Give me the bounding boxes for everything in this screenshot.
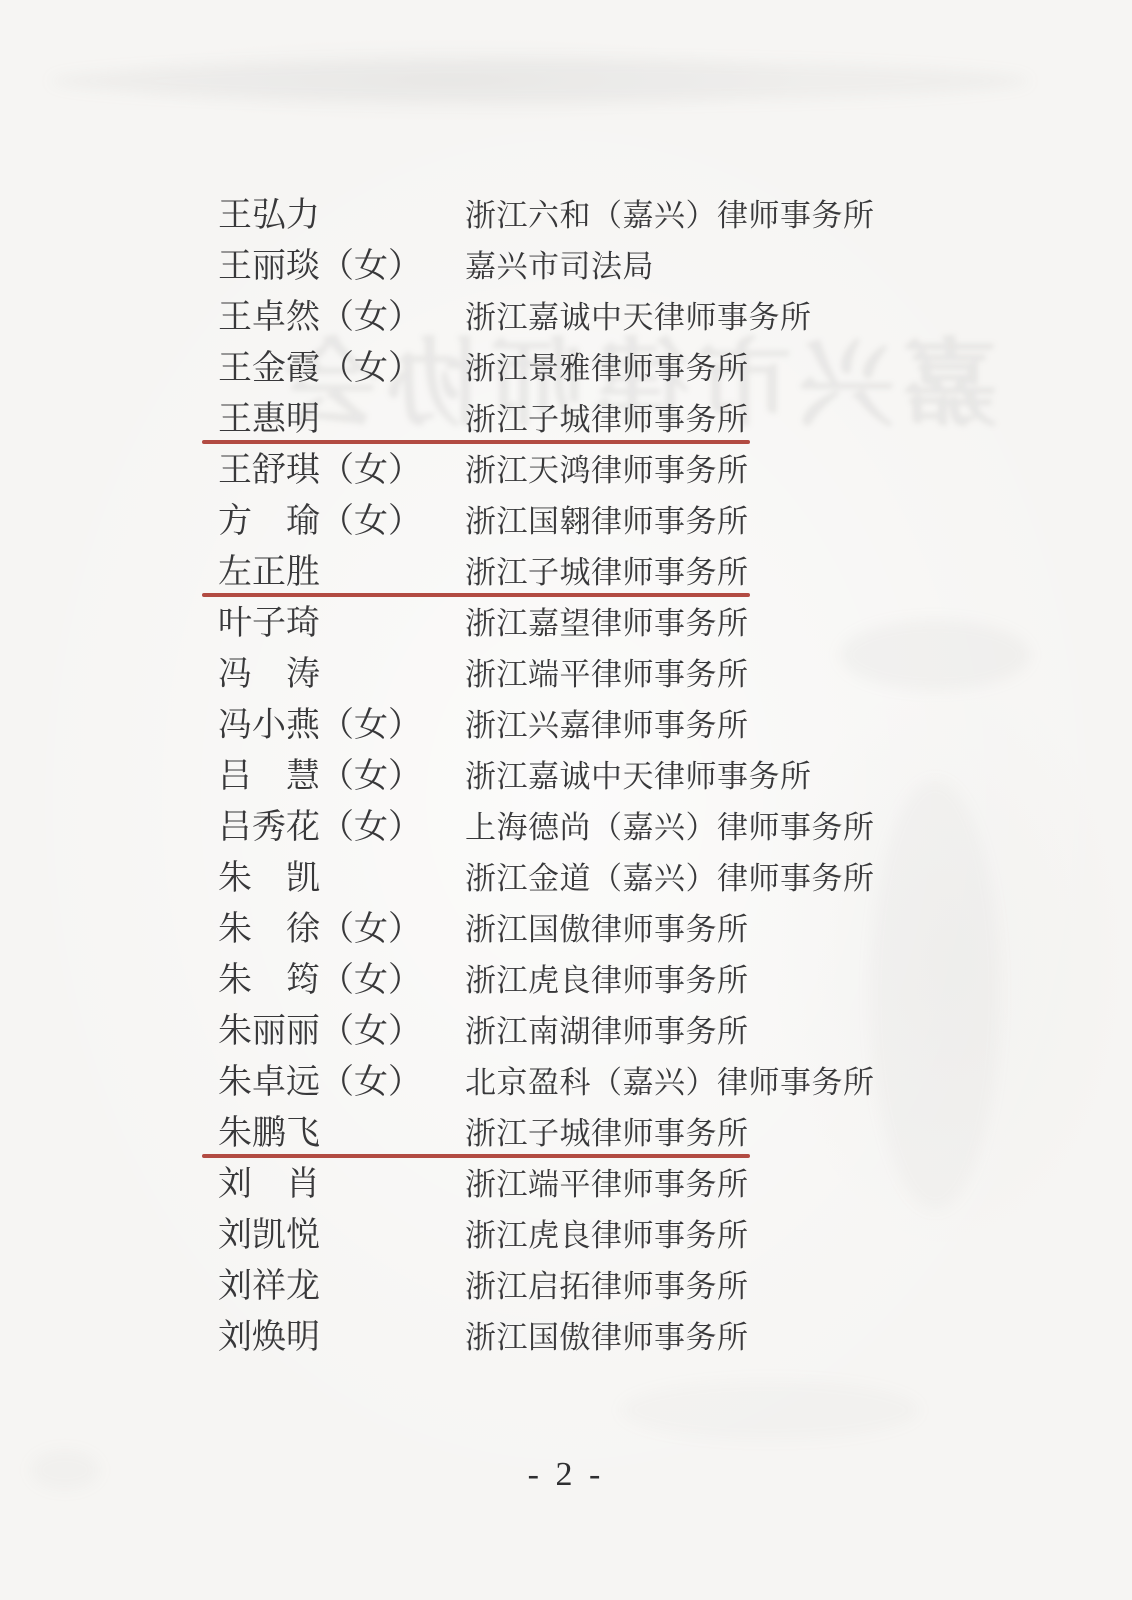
person-name: 朱卓远: [218, 1057, 320, 1108]
person-name: 朱筠: [218, 955, 320, 1006]
organization-name: 浙江金道（嘉兴）律师事务所: [465, 853, 875, 904]
table-row: 冯涛 浙江端平律师事务所: [218, 649, 1078, 700]
person-name: 左正胜: [218, 547, 320, 598]
roster-rows: 王弘力 浙江六和（嘉兴）律师事务所 王丽琰（女） 嘉兴市司法局 王卓然（女） 浙…: [218, 190, 1078, 1363]
table-row: 朱凯 浙江金道（嘉兴）律师事务所: [218, 853, 1078, 904]
gender-suffix: （女）: [320, 809, 422, 846]
table-row: 刘焕明 浙江国傲律师事务所: [218, 1312, 1078, 1363]
person-name: 冯涛: [218, 649, 320, 700]
organization-name: 浙江子城律师事务所: [465, 394, 749, 445]
table-row: 吕慧（女） 浙江嘉诚中天律师事务所: [218, 751, 1078, 802]
name-cell: 吕秀花（女）: [218, 802, 465, 853]
person-name: 刘凯悦: [218, 1210, 320, 1261]
table-row: 朱筠（女） 浙江虎良律师事务所: [218, 955, 1078, 1006]
name-cell: 左正胜: [218, 547, 465, 598]
organization-name: 上海德尚（嘉兴）律师事务所: [465, 802, 875, 853]
organization-name: 浙江兴嘉律师事务所: [465, 700, 749, 751]
name-cell: 朱徐（女）: [218, 904, 465, 955]
organization-name: 浙江国傲律师事务所: [465, 1312, 749, 1363]
table-row: 刘祥龙 浙江启拓律师事务所: [218, 1261, 1078, 1312]
organization-name: 浙江国翱律师事务所: [465, 496, 749, 547]
person-name: 刘肖: [218, 1159, 320, 1210]
table-row: 朱鹏飞 浙江子城律师事务所: [218, 1108, 1078, 1159]
gender-suffix: （女）: [320, 1064, 422, 1101]
name-cell: 王丽琰（女）: [218, 241, 465, 292]
table-row: 刘凯悦 浙江虎良律师事务所: [218, 1210, 1078, 1261]
page-number: - 2 -: [0, 1456, 1132, 1494]
name-cell: 刘焕明: [218, 1312, 465, 1363]
gender-suffix: （女）: [320, 248, 422, 285]
person-name: 王弘力: [218, 190, 320, 241]
name-cell: 朱鹏飞: [218, 1108, 465, 1159]
organization-name: 浙江虎良律师事务所: [465, 1210, 749, 1261]
table-row: 刘肖 浙江端平律师事务所: [218, 1159, 1078, 1210]
organization-name: 浙江嘉诚中天律师事务所: [465, 292, 812, 343]
table-row: 左正胜 浙江子城律师事务所: [218, 547, 1078, 598]
name-cell: 朱卓远（女）: [218, 1057, 465, 1108]
organization-name: 浙江子城律师事务所: [465, 1108, 749, 1159]
name-cell: 冯涛: [218, 649, 465, 700]
person-name: 吕秀花: [218, 802, 320, 853]
person-name: 吕慧: [218, 751, 320, 802]
table-row: 王卓然（女） 浙江嘉诚中天律师事务所: [218, 292, 1078, 343]
name-cell: 王惠明: [218, 394, 465, 445]
gender-suffix: （女）: [320, 1013, 422, 1050]
document-page: 嘉兴市律师协会 王弘力 浙江六和（嘉兴）律师事务所 王丽琰（女） 嘉兴市司法局 …: [0, 0, 1132, 1600]
table-row: 王丽琰（女） 嘉兴市司法局: [218, 241, 1078, 292]
scan-smudge: [620, 1380, 920, 1440]
person-name: 王金霞: [218, 343, 320, 394]
name-cell: 刘祥龙: [218, 1261, 465, 1312]
table-row: 王弘力 浙江六和（嘉兴）律师事务所: [218, 190, 1078, 241]
organization-name: 浙江虎良律师事务所: [465, 955, 749, 1006]
name-cell: 朱筠（女）: [218, 955, 465, 1006]
table-row: 朱丽丽（女） 浙江南湖律师事务所: [218, 1006, 1078, 1057]
organization-name: 嘉兴市司法局: [465, 241, 654, 292]
organization-name: 浙江天鸿律师事务所: [465, 445, 749, 496]
name-cell: 冯小燕（女）: [218, 700, 465, 751]
name-cell: 叶子琦: [218, 598, 465, 649]
name-cell: 王弘力: [218, 190, 465, 241]
table-row: 朱卓远（女） 北京盈科（嘉兴）律师事务所: [218, 1057, 1078, 1108]
organization-name: 浙江嘉诚中天律师事务所: [465, 751, 812, 802]
name-cell: 朱丽丽（女）: [218, 1006, 465, 1057]
organization-name: 浙江六和（嘉兴）律师事务所: [465, 190, 875, 241]
person-name: 冯小燕: [218, 700, 320, 751]
name-cell: 刘肖: [218, 1159, 465, 1210]
name-cell: 吕慧（女）: [218, 751, 465, 802]
person-name: 刘焕明: [218, 1312, 320, 1363]
person-name: 方瑜: [218, 496, 320, 547]
gender-suffix: （女）: [320, 503, 422, 540]
person-name: 王丽琰: [218, 241, 320, 292]
table-row: 王惠明 浙江子城律师事务所: [218, 394, 1078, 445]
organization-name: 浙江南湖律师事务所: [465, 1006, 749, 1057]
scan-smudge: [50, 60, 1030, 102]
organization-name: 北京盈科（嘉兴）律师事务所: [465, 1057, 875, 1108]
gender-suffix: （女）: [320, 911, 422, 948]
gender-suffix: （女）: [320, 707, 422, 744]
table-row: 吕秀花（女） 上海德尚（嘉兴）律师事务所: [218, 802, 1078, 853]
person-name: 朱徐: [218, 904, 320, 955]
name-cell: 王卓然（女）: [218, 292, 465, 343]
table-row: 叶子琦 浙江嘉望律师事务所: [218, 598, 1078, 649]
person-name: 朱凯: [218, 853, 320, 904]
table-row: 王舒琪（女） 浙江天鸿律师事务所: [218, 445, 1078, 496]
person-name: 王卓然: [218, 292, 320, 343]
person-name: 叶子琦: [218, 598, 320, 649]
table-row: 冯小燕（女） 浙江兴嘉律师事务所: [218, 700, 1078, 751]
name-cell: 方瑜（女）: [218, 496, 465, 547]
person-name: 刘祥龙: [218, 1261, 320, 1312]
organization-name: 浙江启拓律师事务所: [465, 1261, 749, 1312]
organization-name: 浙江子城律师事务所: [465, 547, 749, 598]
gender-suffix: （女）: [320, 758, 422, 795]
person-name: 朱丽丽: [218, 1006, 320, 1057]
organization-name: 浙江景雅律师事务所: [465, 343, 749, 394]
gender-suffix: （女）: [320, 962, 422, 999]
organization-name: 浙江嘉望律师事务所: [465, 598, 749, 649]
person-name: 王舒琪: [218, 445, 320, 496]
name-cell: 刘凯悦: [218, 1210, 465, 1261]
table-row: 方瑜（女） 浙江国翱律师事务所: [218, 496, 1078, 547]
gender-suffix: （女）: [320, 350, 422, 387]
name-cell: 王金霞（女）: [218, 343, 465, 394]
name-cell: 王舒琪（女）: [218, 445, 465, 496]
person-name: 王惠明: [218, 394, 320, 445]
gender-suffix: （女）: [320, 452, 422, 489]
person-name: 朱鹏飞: [218, 1108, 320, 1159]
table-row: 朱徐（女） 浙江国傲律师事务所: [218, 904, 1078, 955]
organization-name: 浙江端平律师事务所: [465, 649, 749, 700]
gender-suffix: （女）: [320, 299, 422, 336]
organization-name: 浙江国傲律师事务所: [465, 904, 749, 955]
table-row: 王金霞（女） 浙江景雅律师事务所: [218, 343, 1078, 394]
name-cell: 朱凯: [218, 853, 465, 904]
organization-name: 浙江端平律师事务所: [465, 1159, 749, 1210]
